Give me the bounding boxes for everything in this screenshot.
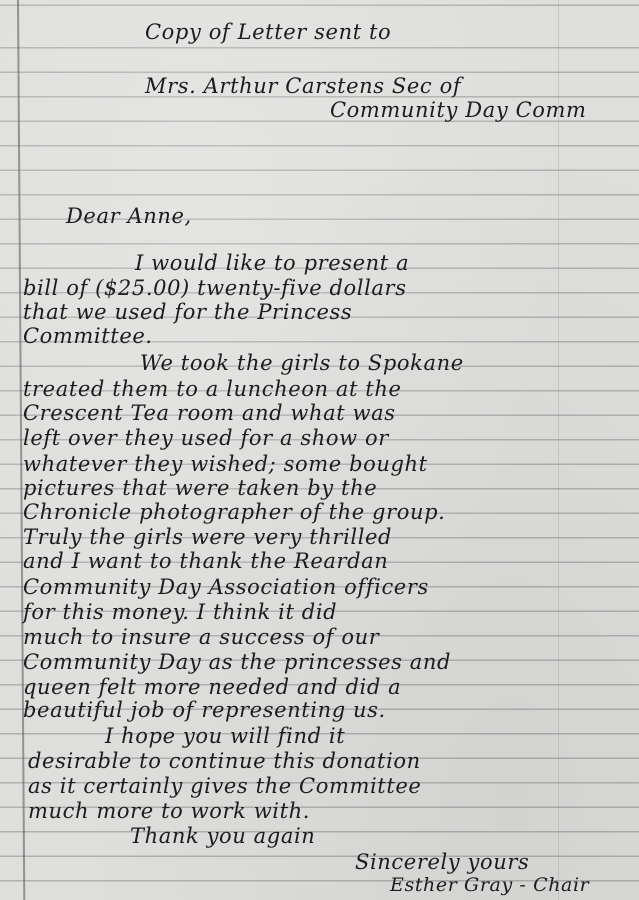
left-margin-rule — [17, 0, 25, 900]
body-line: much to insure a success of our — [23, 627, 379, 648]
letter-page: Copy of Letter sent to Mrs. Arthur Carst… — [0, 0, 639, 900]
body-line: bill of ($25.00) twenty-five dollars — [23, 278, 407, 299]
body-line: Community Day as the princesses and — [23, 652, 451, 673]
body-line: queen felt more needed and did a — [23, 677, 401, 698]
body-line: whatever they wished; some bought — [23, 454, 428, 475]
body-line: treated them to a luncheon at the — [23, 379, 402, 400]
body-line: much more to work with. — [28, 801, 310, 822]
body-line: left over they used for a show or — [23, 428, 389, 449]
body-line: Truly the girls were very thrilled — [23, 527, 392, 548]
body-line: Chronicle photographer of the group. — [23, 502, 445, 523]
body-line: We took the girls to Spokane — [140, 353, 464, 374]
header-recipient: Mrs. Arthur Carstens Sec of — [145, 76, 461, 97]
body-line: that we used for the Princess — [23, 302, 352, 323]
header-copy-of-letter: Copy of Letter sent to — [145, 22, 391, 43]
closing: Sincerely yours — [355, 852, 529, 873]
body-line: pictures that were taken by the — [23, 478, 377, 499]
body-line: for this money. I think it did — [23, 602, 337, 623]
signature: Esther Gray - Chair — [390, 876, 589, 895]
body-line: I would like to present a — [135, 253, 409, 274]
body-line: and I want to thank the Reardan — [23, 551, 388, 572]
body-line: Committee. — [23, 326, 153, 347]
body-line: as it certainly gives the Committee — [28, 776, 421, 797]
body-line: Community Day Association officers — [23, 577, 429, 598]
right-margin-rule — [558, 0, 559, 900]
body-line: beautiful job of representing us. — [23, 700, 386, 721]
header-committee: Community Day Comm — [330, 100, 587, 121]
greeting: Dear Anne, — [66, 206, 192, 227]
body-line: I hope you will find it — [105, 726, 345, 747]
body-line: Crescent Tea room and what was — [23, 403, 396, 424]
body-line: desirable to continue this donation — [28, 751, 421, 772]
thanks-line: Thank you again — [130, 826, 315, 847]
